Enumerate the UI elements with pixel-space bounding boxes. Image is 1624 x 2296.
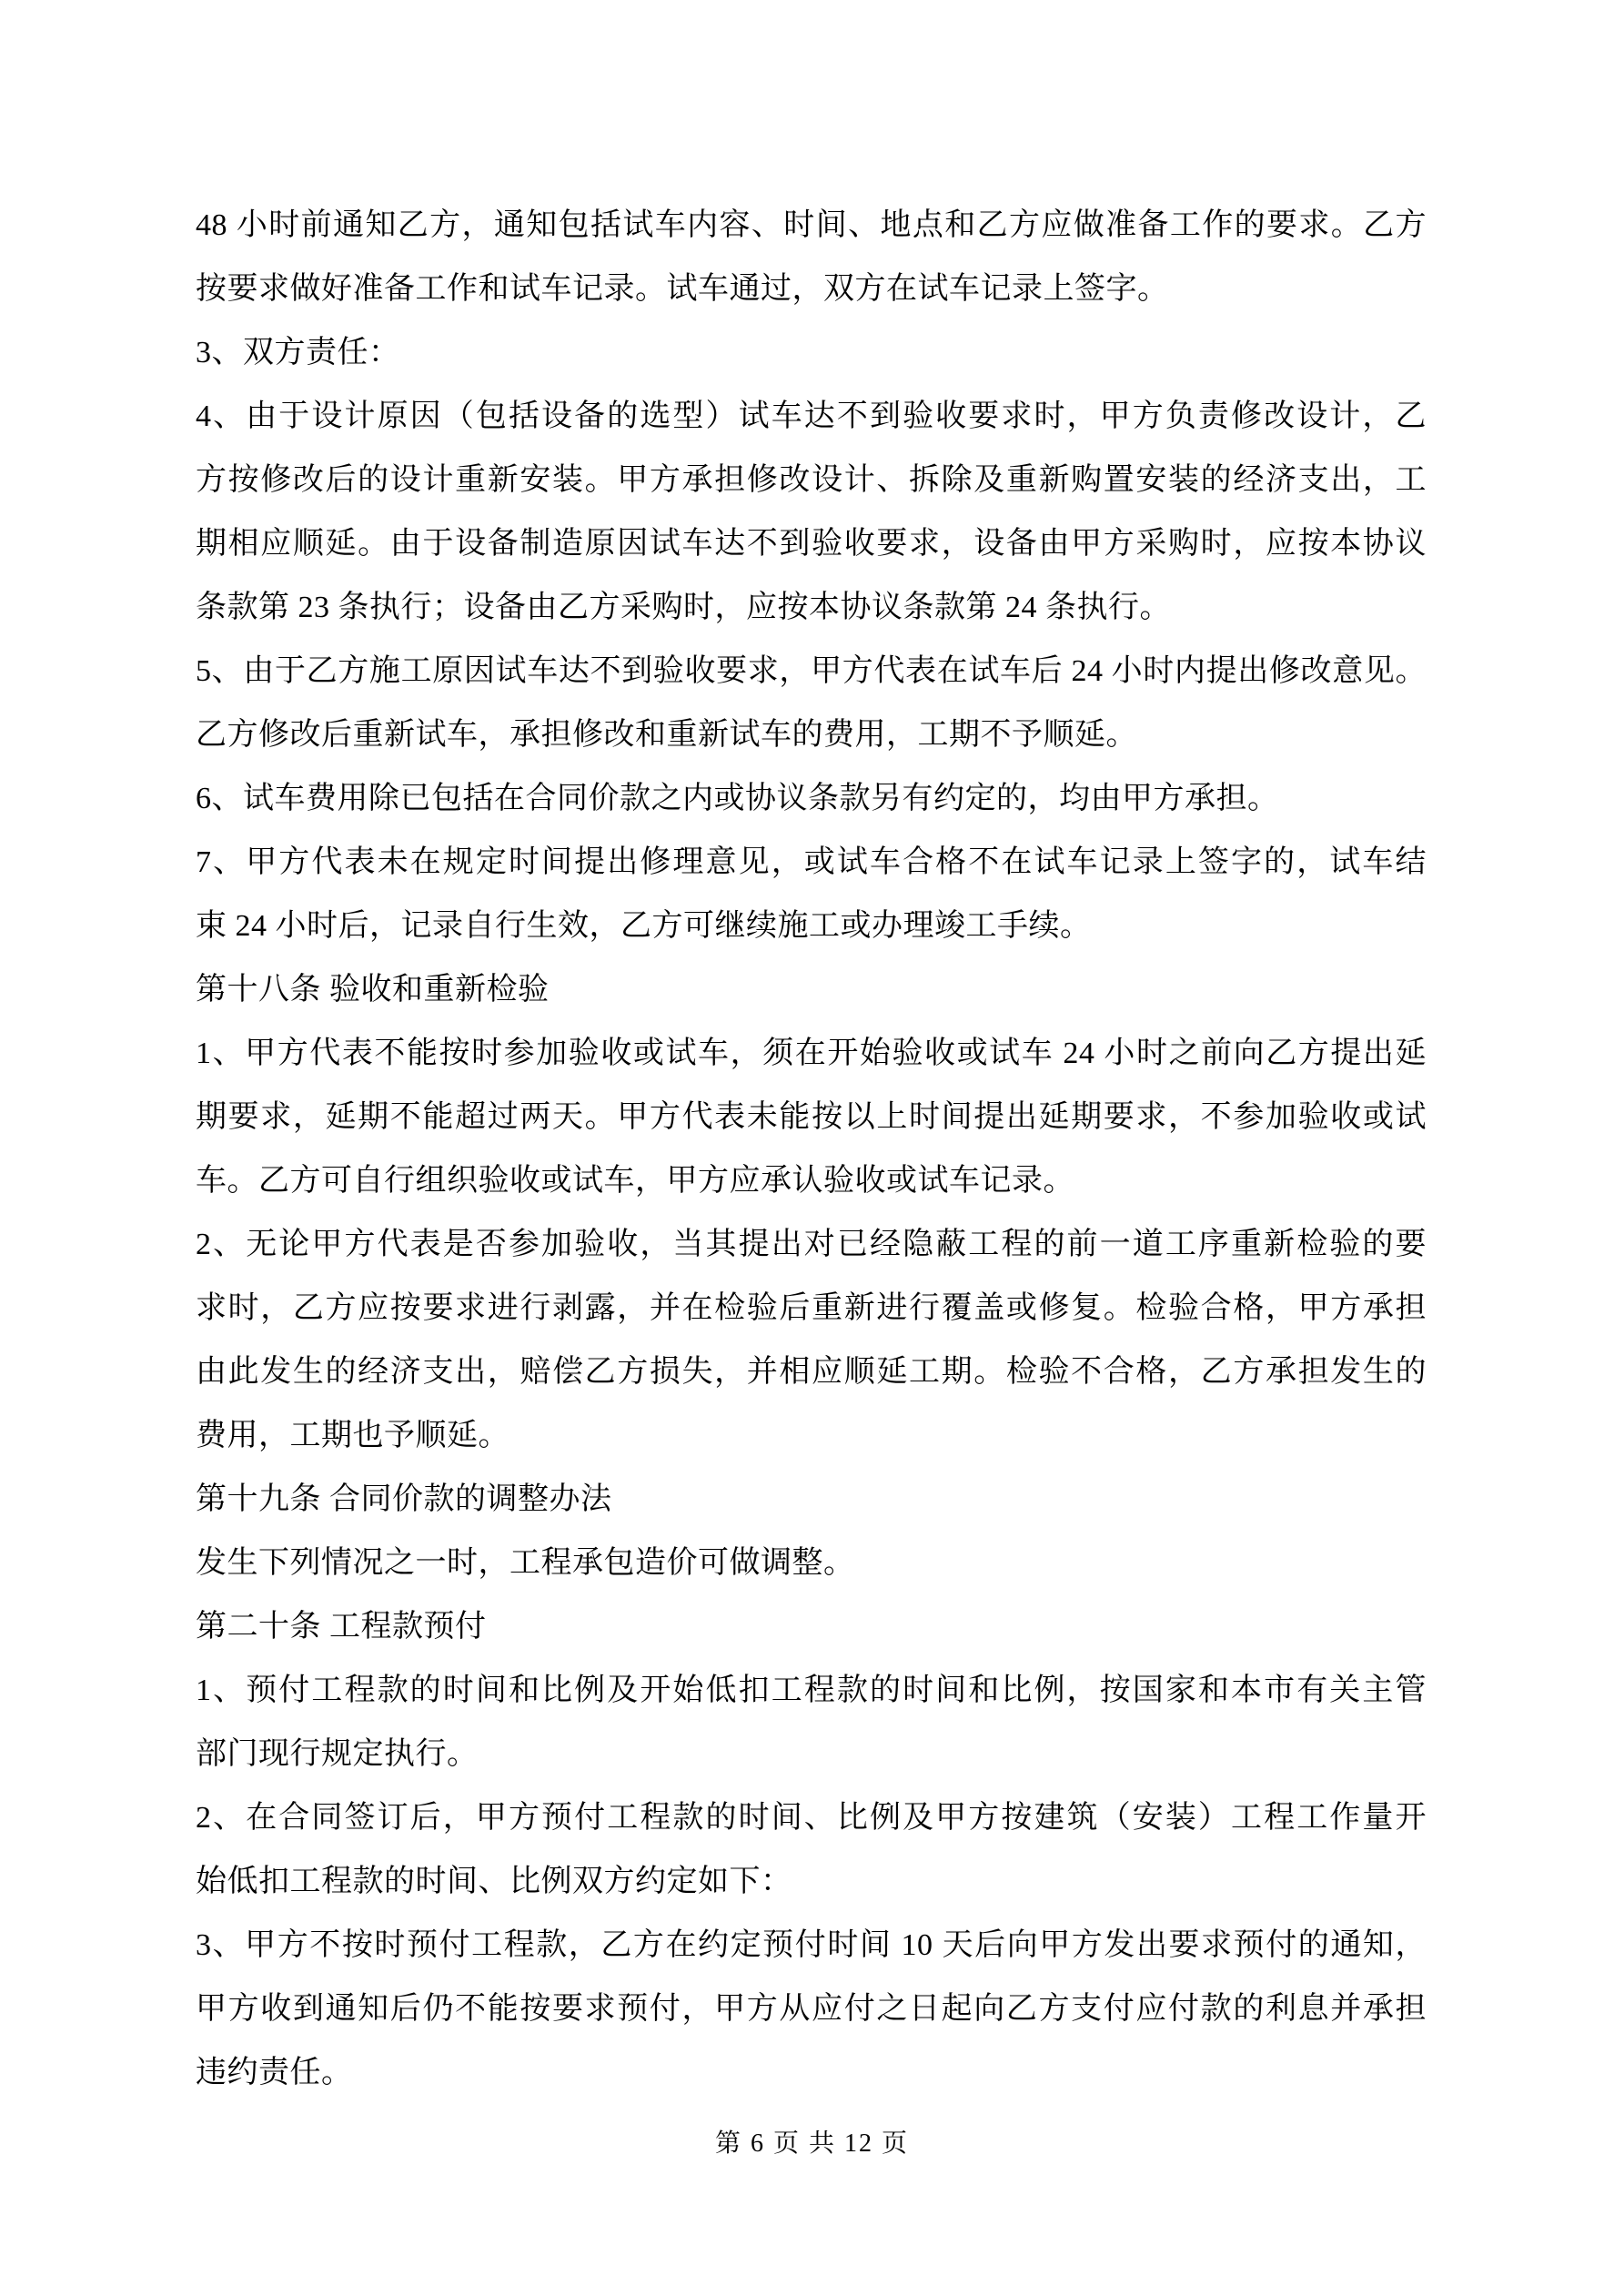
text-line: 48 小时前通知乙方，通知包括试车内容、时间、地点和乙方应做准备工作的要求。乙方 [196, 194, 1427, 258]
text-line: 乙方修改后重新试车，承担修改和重新试车的费用，工期不予顺延。 [196, 703, 1427, 767]
page-footer: 第 6 页 共 12 页 [0, 2115, 1624, 2173]
document-page: 48 小时前通知乙方，通知包括试车内容、时间、地点和乙方应做准备工作的要求。乙方… [0, 0, 1624, 2296]
text-line: 按要求做好准备工作和试车记录。试车通过，双方在试车记录上签字。 [196, 258, 1427, 321]
text-line: 车。乙方可自行组织验收或试车，甲方应承认验收或试车记录。 [196, 1149, 1427, 1213]
text-line: 期相应顺延。由于设备制造原因试车达不到验收要求，设备由甲方采购时，应按本协议 [196, 512, 1427, 576]
page-number: 第 6 页 共 12 页 [715, 2129, 909, 2158]
text-line: 期要求，延期不能超过两天。甲方代表未能按以上时间提出延期要求，不参加验收或试 [196, 1086, 1427, 1149]
clause-item-label: 3、双方责任： [196, 321, 1427, 385]
text-line: 甲方收到通知后仍不能按要求预付，甲方从应付之日起向乙方支付应付款的利息并承担 [196, 1977, 1427, 2041]
text-line: 求时，乙方应按要求进行剥露，并在检验后重新进行覆盖或修复。检验合格，甲方承担 [196, 1277, 1427, 1340]
text-line: 7、甲方代表未在规定时间提出修理意见，或试车合格不在试车记录上签字的，试车结 [196, 831, 1427, 895]
text-line: 条款第 23 条执行；设备由乙方采购时，应按本协议条款第 24 条执行。 [196, 576, 1427, 640]
text-line: 发生下列情况之一时，工程承包造价可做调整。 [196, 1532, 1427, 1595]
text-line: 1、预付工程款的时间和比例及开始低扣工程款的时间和比例，按国家和本市有关主管 [196, 1659, 1427, 1723]
text-line: 费用，工期也予顺延。 [196, 1404, 1427, 1468]
text-line: 束 24 小时后，记录自行生效，乙方可继续施工或办理竣工手续。 [196, 895, 1427, 958]
text-line: 由此发生的经济支出，赔偿乙方损失，并相应顺延工期。检验不合格，乙方承担发生的 [196, 1340, 1427, 1404]
text-line: 2、无论甲方代表是否参加验收，当其提出对已经隐蔽工程的前一道工序重新检验的要 [196, 1213, 1427, 1277]
text-line: 部门现行规定执行。 [196, 1723, 1427, 1786]
text-line: 始低扣工程款的时间、比例双方约定如下： [196, 1850, 1427, 1914]
contract-body: 48 小时前通知乙方，通知包括试车内容、时间、地点和乙方应做准备工作的要求。乙方… [196, 194, 1427, 2105]
text-line: 违约责任。 [196, 2041, 1427, 2105]
text-line: 方按修改后的设计重新安装。甲方承担修改设计、拆除及重新购置安装的经济支出，工 [196, 449, 1427, 512]
text-line: 4、由于设计原因（包括设备的选型）试车达不到验收要求时，甲方负责修改设计，乙 [196, 385, 1427, 449]
article-20-heading: 第二十条 工程款预付 [196, 1595, 1427, 1659]
text-line: 6、试车费用除已包括在合同价款之内或协议条款另有约定的，均由甲方承担。 [196, 767, 1427, 831]
article-18-heading: 第十八条 验收和重新检验 [196, 958, 1427, 1022]
text-line: 5、由于乙方施工原因试车达不到验收要求，甲方代表在试车后 24 小时内提出修改意… [196, 640, 1427, 703]
text-line: 1、甲方代表不能按时参加验收或试车，须在开始验收或试车 24 小时之前向乙方提出… [196, 1022, 1427, 1086]
article-19-heading: 第十九条 合同价款的调整办法 [196, 1468, 1427, 1532]
text-line: 2、在合同签订后，甲方预付工程款的时间、比例及甲方按建筑（安装）工程工作量开 [196, 1786, 1427, 1850]
text-line: 3、甲方不按时预付工程款，乙方在约定预付时间 10 天后向甲方发出要求预付的通知… [196, 1914, 1427, 1977]
